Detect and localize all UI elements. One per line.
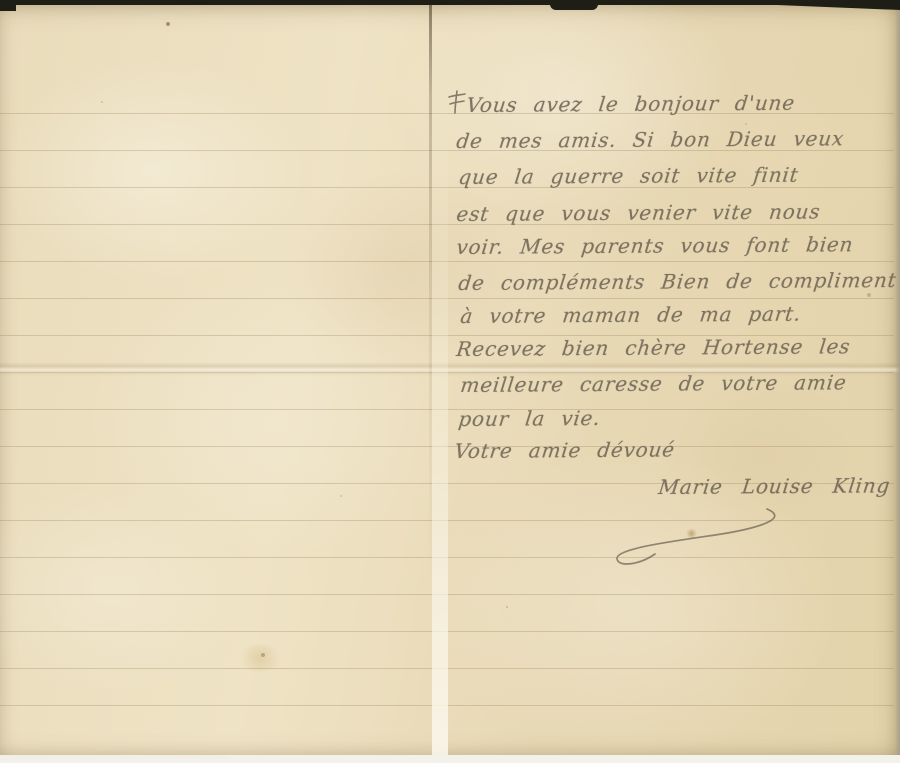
page-right-text: Vous avez le bonjour d'une de mes amis. … xyxy=(445,5,900,755)
letter-line-1: Vous avez le bonjour d'une xyxy=(465,89,797,119)
scribble-mark xyxy=(447,89,467,115)
letter-closing: Votre amie dévoué xyxy=(453,435,677,465)
letter-sheet: Vous avez le bonjour d'une de mes amis. … xyxy=(0,5,900,755)
letter-line-6: de compléments Bien de compliment xyxy=(457,266,898,297)
scanner-top-notch-left xyxy=(0,0,16,11)
letter-line-9: meilleure caresse de votre amie xyxy=(459,368,848,399)
letter-line-4: est que vous venier vite nous xyxy=(455,197,822,228)
letter-line-7: à votre maman de ma part. xyxy=(459,300,803,330)
signature-flourish xyxy=(595,497,805,577)
letter-line-8: Recevez bien chère Hortense les xyxy=(455,332,852,363)
letter-line-2: de mes amis. Si bon Dieu veux xyxy=(455,124,846,155)
letter-line-5: voir. Mes parents vous font bien xyxy=(455,230,855,261)
letter-line-10: pour la vie. xyxy=(457,404,602,433)
page-left-blank xyxy=(0,5,430,755)
letter-line-3: que la guerre soit vite finit xyxy=(457,161,800,191)
scan-background: Vous avez le bonjour d'une de mes amis. … xyxy=(0,0,900,763)
scanner-top-notch-center xyxy=(550,0,598,10)
